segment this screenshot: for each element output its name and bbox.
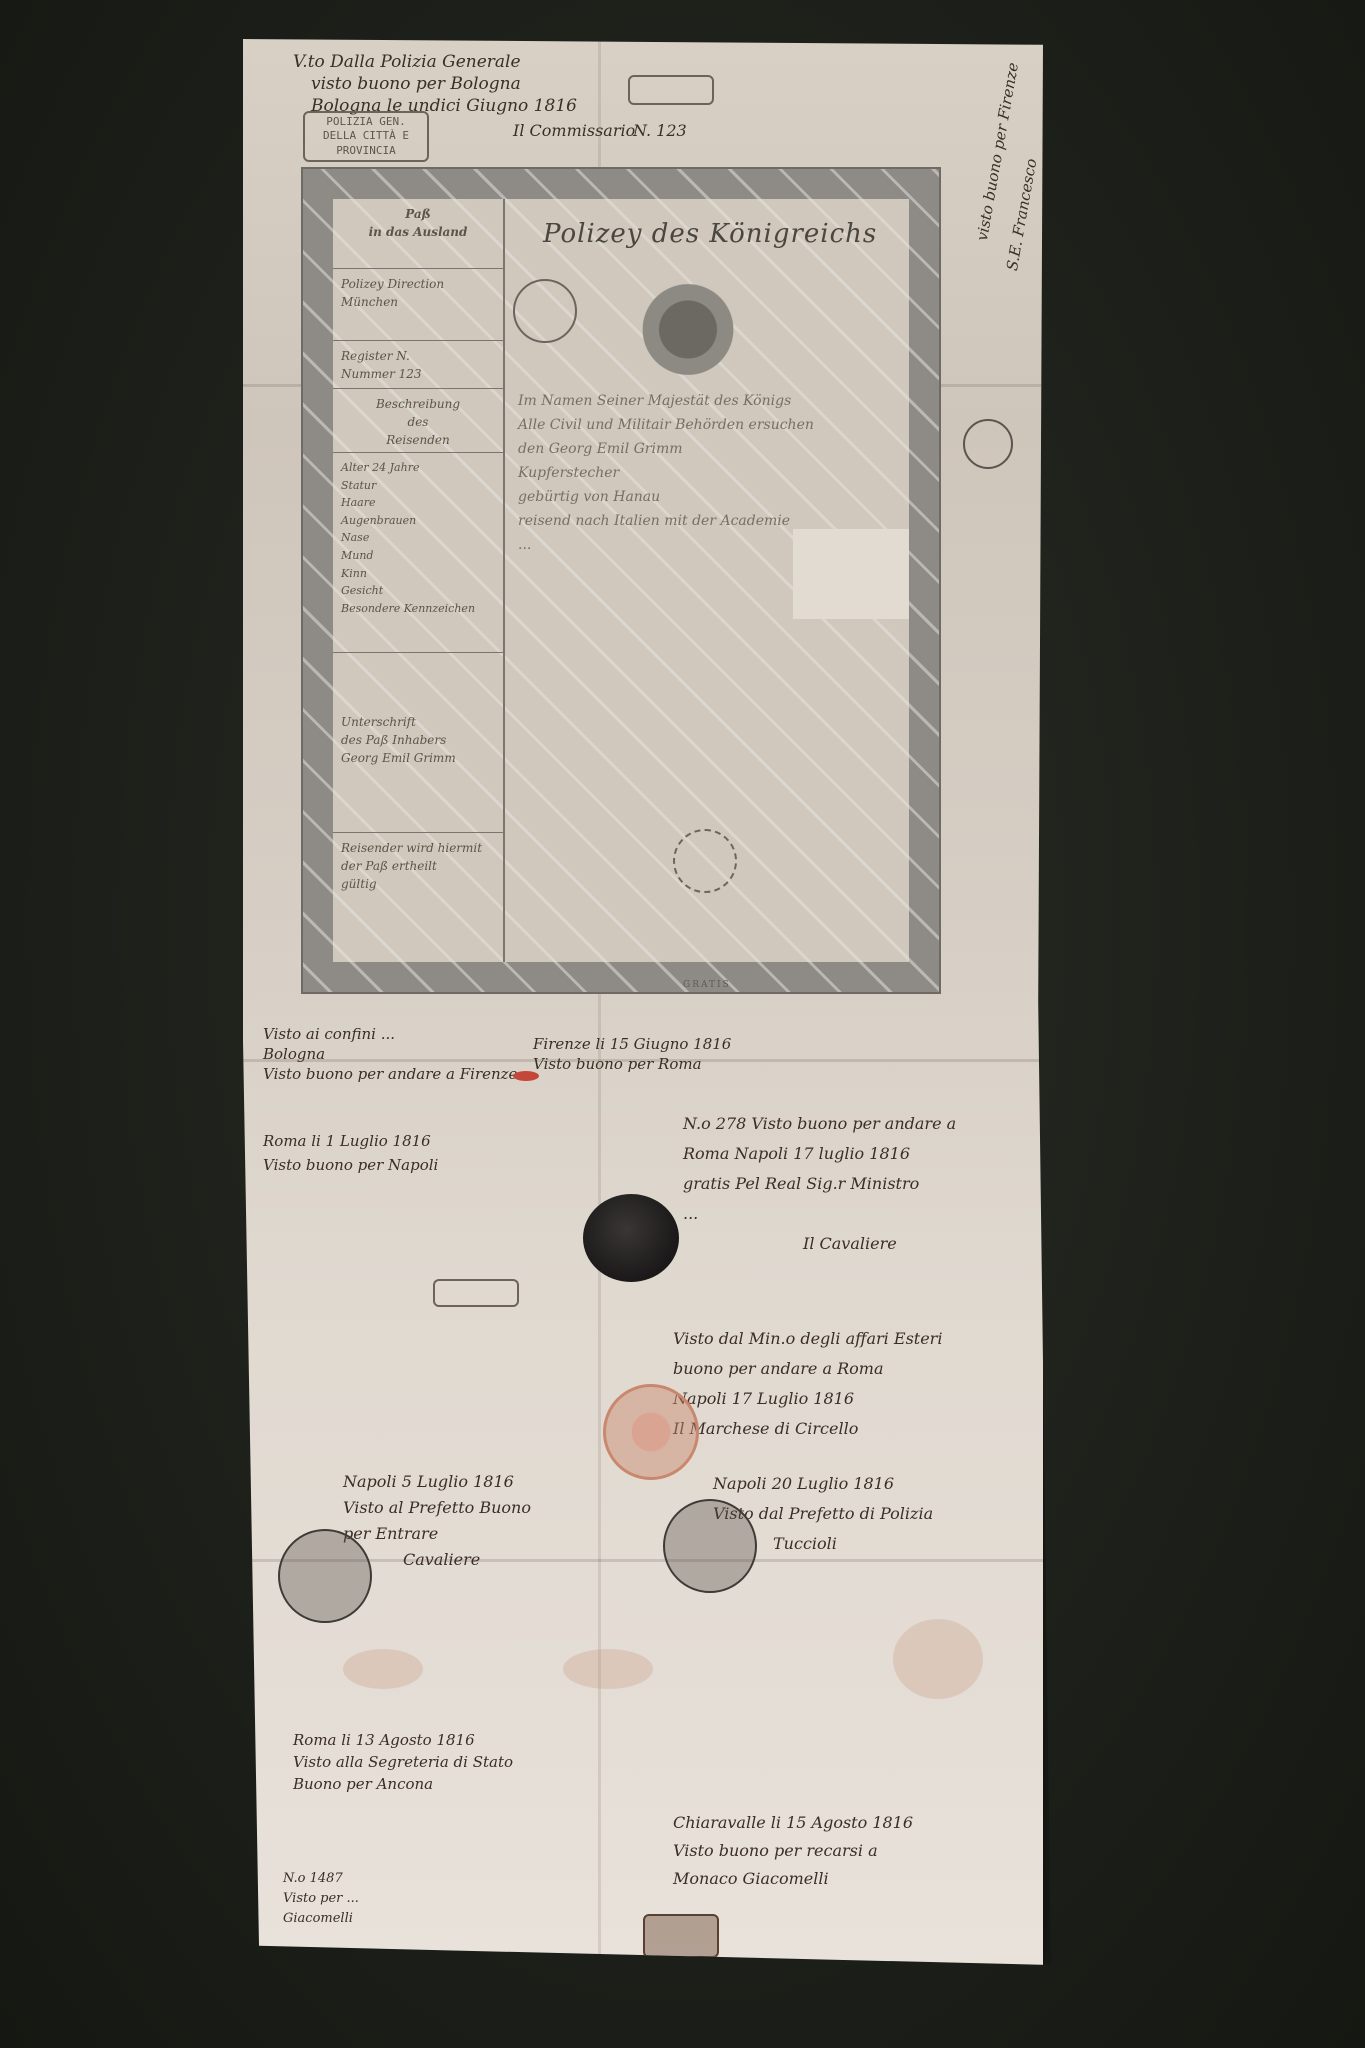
red-ink-seal-icon [603, 1384, 699, 1480]
brown-stamp [643, 1914, 719, 1958]
red-stain [893, 1619, 983, 1699]
column-cell: Reisender wird hiermit der Paß ertheilt … [333, 833, 503, 899]
top-signature: Il Commissario [513, 121, 635, 140]
visa-1487: N.o 1487 Visto per ... Giacomelli [283, 1869, 359, 1929]
black-ink-seal-icon [663, 1499, 757, 1593]
red-wax-mark [513, 1071, 539, 1081]
top-annotation: V.to Dalla Polizia Generale visto buono … [293, 51, 577, 117]
column-cell: Unterschrift des Paß Inhabers Georg Emil… [333, 653, 503, 833]
column-cell: Polizey Direction München [333, 269, 503, 341]
visa-prefetto: Napoli 5 Luglio 1816 Visto al Prefetto B… [343, 1469, 531, 1573]
visa-napoli-278: N.o 278 Visto buono per andare a Roma Na… [683, 1109, 956, 1259]
visa-esteri: Visto dal Min.o degli affari Esteri buon… [673, 1324, 942, 1444]
visa-firenze: Firenze li 15 Giugno 1816 Visto buono pe… [533, 1034, 731, 1074]
visa-bologna: Visto ai confini ... Bologna Visto buono… [263, 1024, 517, 1084]
rectangular-stamp [433, 1279, 519, 1307]
column-cell: Beschreibung des Reisenden [333, 389, 503, 453]
form-title: Polizey des Königreichs [543, 219, 877, 249]
form-body-text: Im Namen Seiner Majestät des Königs Alle… [518, 389, 814, 557]
round-stamp-icon [513, 279, 577, 343]
column-cell: Register N. Nummer 123 [333, 341, 503, 389]
police-stamp: POLIZIA GEN. DELLA CITTÀ E PROVINCIA [303, 111, 429, 162]
visa-roma: Roma li 1 Luglio 1816 Visto buono per Na… [263, 1129, 438, 1177]
printed-passport-form: Paß in das Ausland Polizey Direction Mün… [303, 169, 939, 992]
black-ink-seal-icon [278, 1529, 372, 1623]
column-header: Paß in das Ausland [333, 199, 503, 269]
black-wax-seal-icon [583, 1194, 679, 1282]
top-number: N. 123 [633, 121, 687, 140]
right-margin-note: S.E. Francesco [1003, 157, 1040, 272]
embossed-stamp-icon [673, 829, 737, 893]
passport-document: V.to Dalla Polizia Generale visto buono … [243, 39, 1043, 1965]
column-cell: Alter 24 Jahre Statur Haare Augenbrauen … [333, 453, 503, 653]
small-stamp [628, 75, 714, 105]
form-footer: GRATIS [683, 980, 731, 990]
red-stain [343, 1649, 423, 1689]
round-stamp-icon [963, 419, 1013, 469]
coat-of-arms-icon [633, 269, 743, 379]
red-stain [563, 1649, 653, 1689]
description-column: Paß in das Ausland Polizey Direction Mün… [333, 199, 505, 962]
torn-area [793, 529, 909, 619]
visa-chiaravalle: Chiaravalle li 15 Agosto 1816 Visto buon… [673, 1809, 913, 1893]
visa-section: Roma li 1 Luglio 1816 Visto buono per Na… [243, 1089, 1043, 1965]
visa-ancona: Roma li 13 Agosto 1816 Visto alla Segret… [293, 1729, 513, 1795]
